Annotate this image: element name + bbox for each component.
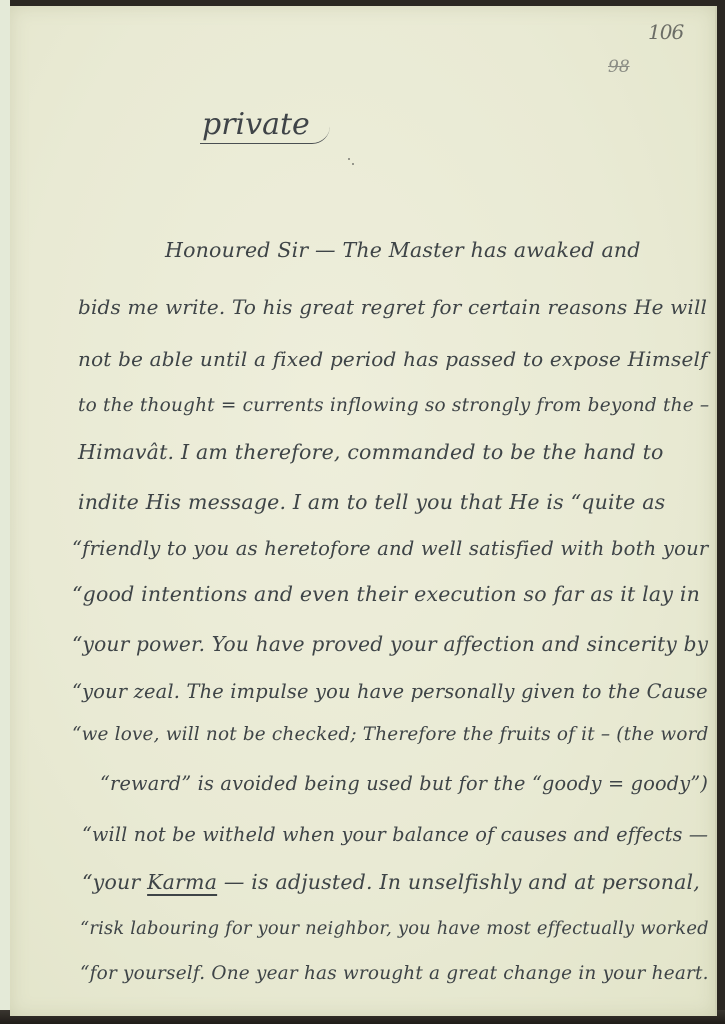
letter-line-14: “your Karma — is adjusted. In unselfishl… — [82, 870, 700, 894]
letter-line-4: to the thought = currents inflowing so s… — [78, 395, 709, 416]
letter-line-7: “friendly to you as heretofore and well … — [72, 537, 708, 560]
letter-line-8: “good intentions and even their executio… — [72, 582, 700, 606]
letter-line-10: “your zeal. The impulse you have persona… — [72, 680, 708, 703]
underlined-word-karma: Karma — [147, 870, 217, 894]
letter-line-11: “we love, will not be checked; Therefore… — [72, 724, 709, 745]
folio-number-crossed-out: 98 — [608, 57, 630, 77]
letter-line-12: “reward” is avoided being used but for t… — [100, 772, 708, 795]
line-text-after: — is adjusted. In unselfishly and at per… — [217, 870, 700, 894]
ink-speck — [352, 163, 354, 165]
letter-line-3: not be able until a fixed period has pas… — [78, 347, 708, 371]
letter-line-5: Himavât. I am therefore, commanded to be… — [78, 440, 664, 464]
letter-line-15: “risk labouring for your neighbor, you h… — [80, 918, 709, 939]
line-text-before: “your — [82, 870, 147, 894]
letter-line-1: Honoured Sir — The Master has awaked and — [165, 238, 641, 262]
letter-line-9: “your power. You have proved your affect… — [72, 632, 708, 656]
letter-line-6: indite His message. I am to tell you tha… — [78, 490, 665, 514]
letter-line-13: “will not be witheld when your balance o… — [82, 823, 708, 846]
folio-number: 106 — [648, 20, 683, 44]
scan-margin — [0, 0, 10, 1024]
letter-line-16: “for yourself. One year has wrought a gr… — [80, 963, 709, 984]
letter-line-2: bids me write. To his great regret for c… — [78, 295, 707, 319]
ink-speck — [348, 158, 350, 160]
scanned-page-frame: 106 98 private Honoured Sir — The Master… — [0, 0, 725, 1024]
letter-heading: private — [200, 108, 330, 144]
